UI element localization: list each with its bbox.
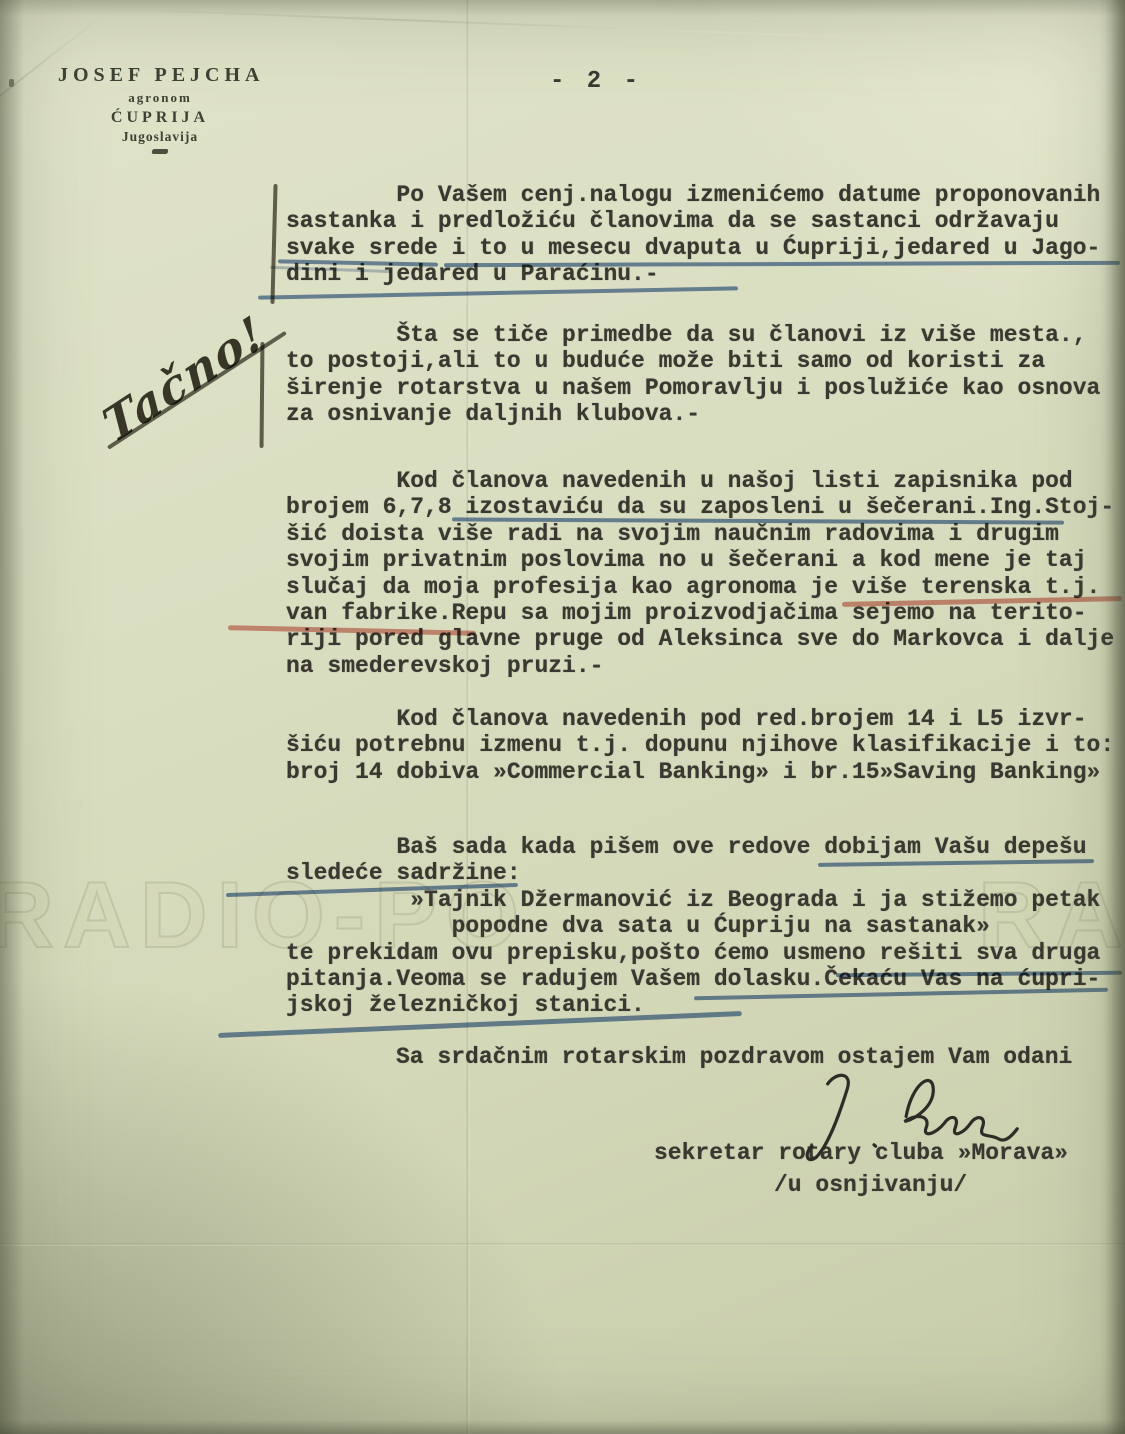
paragraph-4: Kod članova navedenih pod red.brojem 14 …	[286, 706, 1114, 785]
typed-line: slučaj da moja profesija kao agronoma je…	[286, 574, 1114, 600]
typed-line: sastanka i predložiću članovima da se sa…	[286, 208, 1100, 234]
letter-page: RADIO-PO RADIO- JOSEF PEJCHA agronom ĆUP…	[0, 0, 1125, 1434]
signature-handwriting	[785, 1053, 1042, 1175]
typed-line: Baš sada kada pišem ove redove dobijam V…	[286, 834, 1100, 860]
letterhead-mark	[151, 149, 168, 154]
typed-line: Šta se tiče primedbe da su članovi iz vi…	[286, 322, 1100, 348]
typed-line: Kod članova navedenih u našoj listi zapi…	[286, 468, 1114, 494]
top-crease	[118, 8, 1047, 46]
typed-line: riji pored glavne pruge od Aleksinca sve…	[286, 626, 1114, 652]
typed-line: Kod članova navedenih pod red.brojem 14 …	[286, 706, 1114, 732]
typed-line: popodne dva sata u Ćupriju na sastanak»	[286, 913, 1100, 939]
typed-line: pitanja.Veoma se radujem Vašem dolasku.Č…	[286, 966, 1100, 992]
typed-line: šić doista više radi na svojim naučnim r…	[286, 521, 1114, 547]
paragraph-3: Kod članova navedenih u našoj listi zapi…	[286, 468, 1114, 679]
letterhead: JOSEF PEJCHA agronom ĆUPRIJA Jugoslavija	[58, 64, 262, 154]
typed-line: šiću potrebnu izmenu t.j. dopunu njihove…	[286, 732, 1114, 758]
sender-note: /u osnjivanju/	[774, 1172, 967, 1198]
typed-line: za osnivanje daljnih klubova.-	[286, 401, 1100, 427]
typed-line: brojem 6,7,8 izostaviću da su zaposleni …	[286, 494, 1114, 520]
typed-line: širenje rotarstva u našem Pomoravlju i p…	[286, 375, 1100, 401]
blue-underline-dini-jedared	[258, 286, 738, 299]
typed-line: van fabrike.Repu sa mojim proizvodjačima…	[286, 600, 1114, 626]
paragraph-5: Baš sada kada pišem ove redove dobijam V…	[286, 834, 1100, 1019]
typed-line: te prekidam ovu prepisku,pošto ćemo usme…	[286, 940, 1100, 966]
margin-mark-paragraph-1	[270, 184, 277, 304]
typed-line: sledeće sadržine:	[286, 860, 1100, 886]
typed-line: Po Vašem cenj.nalogu izmenićemo datume p…	[286, 182, 1100, 208]
horizontal-fold-crease	[0, 1243, 1125, 1246]
typed-line: »Tajnik Džermanović iz Beograda i ja sti…	[286, 887, 1100, 913]
typed-line: jskoj železničkoj stanici.	[286, 992, 1100, 1018]
typed-line: na smederevskoj pruzi.-	[286, 653, 1114, 679]
typed-line: svake srede i to u mesecu dvaputa u Ćupr…	[286, 235, 1100, 261]
typed-line: broj 14 dobiva »Commercial Banking» i br…	[286, 759, 1114, 785]
letterhead-title: agronom	[58, 90, 262, 106]
letterhead-city: ĆUPRIJA	[58, 109, 262, 127]
letterhead-name: JOSEF PEJCHA	[58, 64, 262, 87]
paragraph-1: Po Vašem cenj.nalogu izmenićemo datume p…	[286, 182, 1100, 288]
handwritten-note: Tačno!	[95, 304, 272, 454]
paragraph-2: Šta se tiče primedbe da su članovi iz vi…	[286, 322, 1100, 428]
paper-speck	[9, 79, 14, 87]
page-number: - 2 -	[550, 70, 642, 94]
typed-line: to postoji,ali to u buduće može biti sam…	[286, 348, 1100, 374]
letterhead-country: Jugoslavija	[58, 129, 262, 145]
typed-line: dini i jedared u Paraćinu.-	[286, 261, 1100, 287]
typed-line: svojim privatnim poslovima no u šečerani…	[286, 547, 1114, 573]
